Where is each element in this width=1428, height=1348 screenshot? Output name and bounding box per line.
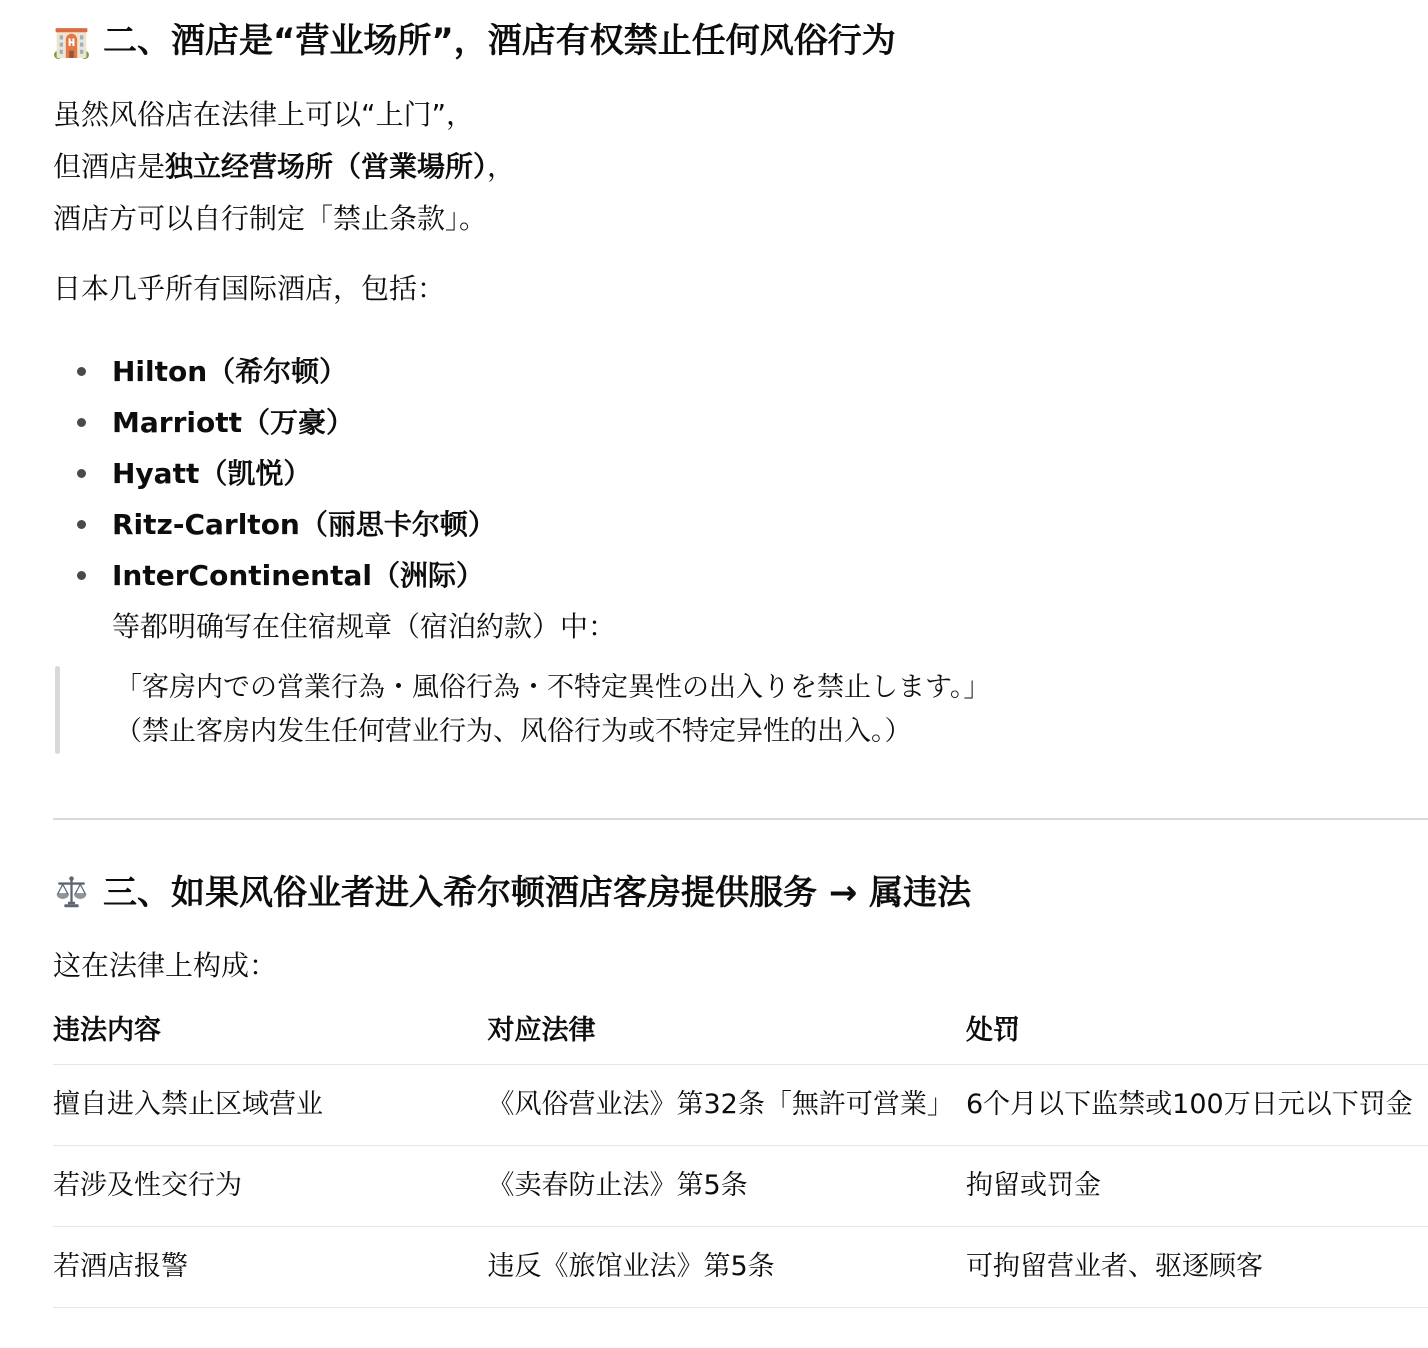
violation-table-head: 违法内容 对应法律 处罚	[53, 1004, 1428, 1065]
hotel-paragraph: 虽然风俗店在法律上可以“上门”， 但酒店是独立经营场所（営業場所）， 酒店方可以…	[53, 89, 1428, 245]
header-penalty: 处罚	[966, 1004, 1428, 1065]
para-line-3: 酒店方可以自行制定「禁止条款」。	[53, 202, 487, 235]
cell-violation: 若涉及性交行为	[53, 1146, 488, 1227]
section-divider	[53, 818, 1428, 820]
cell-law: 违反《旅馆业法》第5条	[488, 1227, 967, 1308]
list-item-hyatt: Hyatt（凯悦）	[53, 457, 1428, 491]
para-line-1: 虽然风俗店在法律上可以“上门”，	[53, 98, 474, 131]
blockquote-content: 「客房内での営業行為・風俗行為・不特定異性の出入りを禁止します。」 （禁止客房内…	[60, 666, 990, 754]
blockquote: 「客房内での営業行為・風俗行為・不特定異性の出入りを禁止します。」 （禁止客房内…	[53, 666, 1428, 754]
quote-line-chinese: （禁止客房内发生任何营业行为、风俗行为或不特定异性的出入。）	[115, 710, 990, 754]
cell-penalty: 可拘留营业者、驱逐顾客	[966, 1227, 1428, 1308]
scales-icon	[53, 874, 90, 911]
violation-table-body: 擅自进入禁止区域营业 《风俗营业法》第32条「無許可営業」 6个月以下监禁或10…	[53, 1065, 1428, 1308]
list-item-ritz-carlton: Ritz-Carlton（丽思卡尔顿）	[53, 508, 1428, 542]
para-line-2-bold: 独立经营场所（営業場所）	[165, 150, 487, 183]
hotel-list-note: 等都明确写在住宿规章（宿泊約款）中：	[112, 610, 1428, 644]
table-row: 若涉及性交行为 《卖春防止法》第5条 拘留或罚金	[53, 1146, 1428, 1227]
list-item-intercontinental: InterContinental（洲际）	[53, 559, 1428, 593]
quote-line-japanese: 「客房内での営業行為・風俗行為・不特定異性の出入りを禁止します。」	[115, 666, 990, 710]
list-item-marriott: Marriott（万豪）	[53, 406, 1428, 440]
hotel-list-intro: 日本几乎所有国际酒店，包括：	[53, 263, 1428, 315]
cell-law: 《卖春防止法》第5条	[488, 1146, 967, 1227]
table-row: 擅自进入禁止区域营业 《风俗营业法》第32条「無許可営業」 6个月以下监禁或10…	[53, 1065, 1428, 1146]
cell-penalty: 6个月以下监禁或100万日元以下罚金	[966, 1065, 1428, 1146]
section-hotel-heading: 二、酒店是“营业场所”，酒店有权禁止任何风俗行为	[53, 20, 1428, 63]
section-illegal-heading: 三、如果风俗业者进入希尔顿酒店客房提供服务 → 属违法	[53, 872, 1428, 915]
section-illegal-heading-text: 三、如果风俗业者进入希尔顿酒店客房提供服务 → 属违法	[103, 872, 971, 915]
header-law: 对应法律	[488, 1004, 967, 1065]
document-page: 二、酒店是“营业场所”，酒店有权禁止任何风俗行为 虽然风俗店在法律上可以“上门”…	[0, 0, 1428, 1348]
section-hotel-heading-text: 二、酒店是“营业场所”，酒店有权禁止任何风俗行为	[103, 20, 896, 63]
table-row: 若酒店报警 违反《旅馆业法》第5条 可拘留营业者、驱逐顾客	[53, 1227, 1428, 1308]
list-item-hilton: Hilton（希尔顿）	[53, 355, 1428, 389]
cell-law: 《风俗营业法》第32条「無許可営業」	[488, 1065, 967, 1146]
hotel-icon	[53, 23, 90, 60]
cell-penalty: 拘留或罚金	[966, 1146, 1428, 1227]
cell-violation: 擅自进入禁止区域营业	[53, 1065, 488, 1146]
violation-table: 违法内容 对应法律 处罚 擅自进入禁止区域营业 《风俗营业法》第32条「無許可営…	[53, 1004, 1428, 1308]
legal-intro: 这在法律上构成：	[53, 940, 1428, 992]
para-line-2-post: ，	[487, 150, 515, 183]
table-header-row: 违法内容 对应法律 处罚	[53, 1004, 1428, 1065]
para-line-2-pre: 但酒店是	[53, 150, 165, 183]
header-violation: 违法内容	[53, 1004, 488, 1065]
hotel-list: Hilton（希尔顿） Marriott（万豪） Hyatt（凯悦） Ritz-…	[53, 355, 1428, 593]
cell-violation: 若酒店报警	[53, 1227, 488, 1308]
